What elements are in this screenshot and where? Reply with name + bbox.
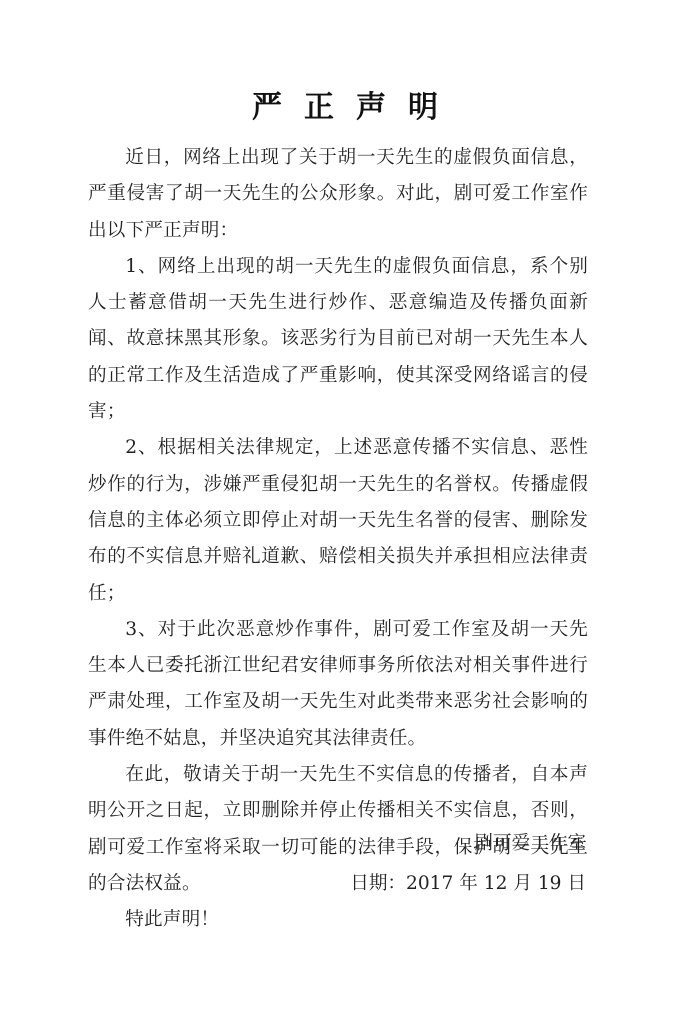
- document-title: 严正声明: [0, 86, 690, 130]
- document-body: 近日，网络上出现了关于胡一天先生的虚假负面信息，严重侵害了胡一天先生的公众形象。…: [88, 140, 588, 939]
- statement-item-3: 3、对于此次恶意炒作事件，剧可爱工作室及胡一天先生本人已委托浙江世纪君安律师事务…: [88, 612, 588, 757]
- signature-organization: 剧可爱工作室: [474, 826, 586, 862]
- intro-paragraph: 近日，网络上出现了关于胡一天先生的虚假负面信息，严重侵害了胡一天先生的公众形象。…: [88, 140, 588, 249]
- signature-date: 日期：2017 年 12 月 19 日: [350, 866, 586, 902]
- statement-item-1: 1、网络上出现的胡一天先生的虚假负面信息，系个别人士蓄意借胡一天先生进行炒作、恶…: [88, 249, 588, 430]
- document-page: 严正声明 近日，网络上出现了关于胡一天先生的虚假负面信息，严重侵害了胡一天先生的…: [0, 0, 690, 1021]
- statement-item-2: 2、根据相关法律规定，上述恶意传播不实信息、恶性炒作的行为，涉嫌严重侵犯胡一天先…: [88, 430, 588, 611]
- declaration-line: 特此声明！: [88, 902, 588, 938]
